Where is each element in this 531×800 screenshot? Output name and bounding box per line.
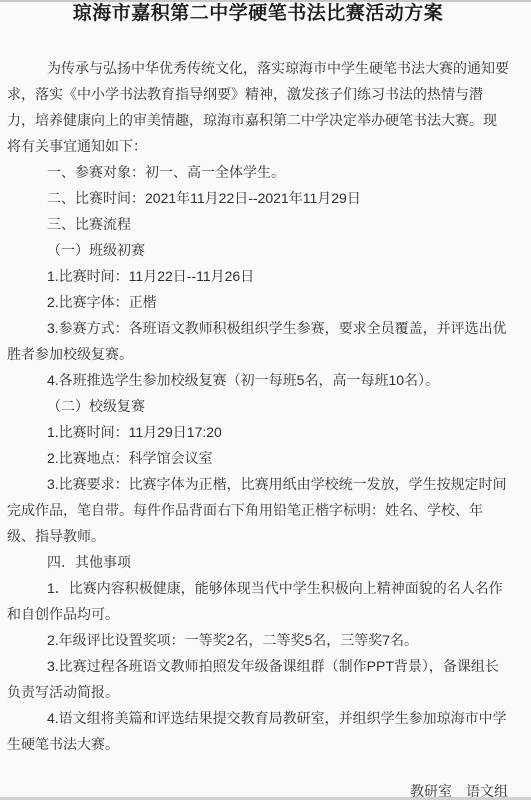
paragraph: 3.比赛要求：比赛字体为正楷，比赛用纸由学校统一发放，学生按规定时间完成作品，笔… bbox=[7, 471, 509, 549]
paragraph: （二）校级复赛 bbox=[7, 393, 509, 419]
paragraph: 4.各班推选学生参加校级复赛（初一每班5名，高一每班10名）。 bbox=[7, 367, 509, 393]
paragraph: 3.参赛方式：各班语文教师积极组织学生参赛，要求全员覆盖，并评选出优胜者参加校级… bbox=[7, 315, 509, 367]
paragraph: 2.比赛地点：科学馆会议室 bbox=[7, 445, 509, 471]
paragraph: 4.语文组将美篇和评选结果提交教育局教研室，并组织学生参加琼海市中学生硬笔书法大… bbox=[7, 705, 509, 757]
page-background: { "page": { "width": 531, "height": 800,… bbox=[0, 0, 531, 800]
document-page: 琼海市嘉积第二中学硬笔书法比赛活动方案 为传承与弘扬中华优秀传统文化，落实琼海市… bbox=[0, 0, 531, 800]
paragraph: 四．其他事项 bbox=[7, 549, 509, 575]
document-body: 为传承与弘扬中华优秀传统文化，落实琼海市中学生硬笔书法大赛的通知要求，落实《中小… bbox=[7, 55, 509, 757]
paragraph: 1.比赛时间：11月22日--11月26日 bbox=[7, 263, 509, 289]
paragraph: 2.比赛字体：正楷 bbox=[7, 289, 509, 315]
paragraph: 二、比赛时间：2021年11月22日--2021年11月29日 bbox=[7, 185, 509, 211]
document-title: 琼海市嘉积第二中学硬笔书法比赛活动方案 bbox=[7, 2, 509, 25]
paragraph: 1.比赛时间：11月29日17:20 bbox=[7, 419, 509, 445]
paragraph: （一）班级初赛 bbox=[7, 237, 509, 263]
paragraph: 三、比赛流程 bbox=[7, 211, 509, 237]
paragraph: 1．比赛内容积极健康，能够体现当代中学生积极向上精神面貌的名人名作和自创作品均可… bbox=[7, 575, 509, 627]
paragraph: 3.比赛过程各班语文教师拍照发年级备课组群（制作PPT背景），备课组长负责写活动… bbox=[7, 653, 509, 705]
paragraph: 一、参赛对象：初一、高一全体学生。 bbox=[7, 159, 509, 185]
paragraph: 2.年级评比设置奖项：一等奖2名，二等奖5名，三等奖7名。 bbox=[7, 627, 509, 653]
paragraph: 为传承与弘扬中华优秀传统文化，落实琼海市中学生硬笔书法大赛的通知要求，落实《中小… bbox=[7, 55, 509, 159]
